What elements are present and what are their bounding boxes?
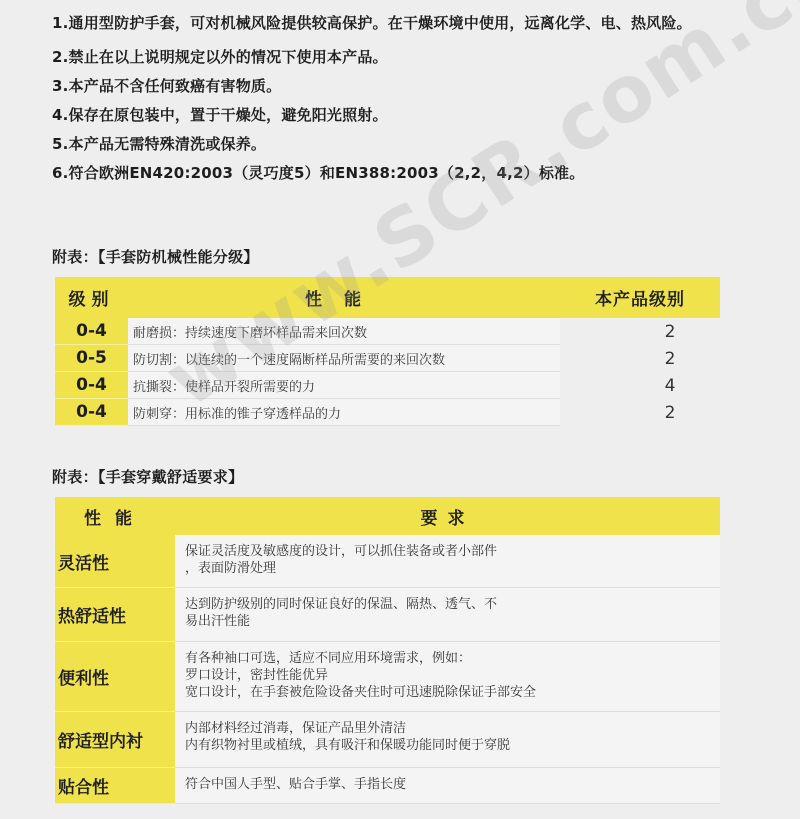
table-row: 舒适型内衬 内部材料经过消毒，保证产品里外清洁 内有织物衬里或植绒，具有吸汗和保… [55,712,720,768]
note-3: 3.本产品不含任何致癌有害物质。 [52,75,772,97]
requirement-line: 符合中国人手型、贴合手掌、手指长度 [185,776,720,793]
table-row: 便利性 有各种袖口可选，适应不同应用环境需求，例如： 罗口设计，密封性能优异 宽… [55,642,720,712]
property-name: 贴合性 [55,768,175,804]
level-range: 0-4 [55,399,128,426]
level-range: 0-4 [55,318,128,345]
table1-header-performance: 性能 [128,285,560,310]
performance-desc: 防刺穿：用标准的锥子穿透样品的力 [128,399,560,426]
comfort-requirements-table: 性能 要求 灵活性 保证灵活度及敏感度的设计，可以抓住装备或者小部件 ，表面防滑… [55,497,720,804]
table-row: 灵活性 保证灵活度及敏感度的设计，可以抓住装备或者小部件 ，表面防滑处理 [55,535,720,588]
table2-header-property: 性能 [55,504,175,529]
requirement-line: 宽口设计，在手套被危险设备夹住时可迅速脱除保证手部安全 [185,684,720,701]
property-name: 热舒适性 [55,588,175,642]
requirement-line: 内有织物衬里或植绒，具有吸汗和保暖功能同时便于穿脱 [185,737,720,754]
table2-caption: 附表：【手套穿戴舒适要求】 [52,466,243,487]
product-level: 2 [560,349,720,369]
note-6: 6.符合欧洲EN420:2003（灵巧度5）和EN388:2003（2,2，4,… [52,162,772,184]
table-row: 贴合性 符合中国人手型、贴合手掌、手指长度 [55,768,720,804]
note-5: 5.本产品无需特殊清洗或保养。 [52,133,772,155]
note-4: 4.保存在原包装中，置于干燥处，避免阳光照射。 [52,104,772,126]
property-name: 灵活性 [55,535,175,588]
requirement-text: 有各种袖口可选，适应不同应用环境需求，例如： 罗口设计，密封性能优异 宽口设计，… [175,642,720,712]
mechanical-performance-table: 级别 性能 本产品级别 0-4 耐磨损：持续速度下磨坏样品需来回次数 2 0-5… [55,277,720,426]
table1-header-product-level: 本产品级别 [560,285,720,310]
table1-caption: 附表：【手套防机械性能分级】 [52,246,259,267]
product-level: 4 [560,376,720,396]
property-name: 便利性 [55,642,175,712]
note-1: 1.通用型防护手套，可对机械风险提供较高保护。在干燥环境中使用，远离化学、电、热… [52,8,772,39]
requirement-text: 内部材料经过消毒，保证产品里外清洁 内有织物衬里或植绒，具有吸汗和保暖功能同时便… [175,712,720,768]
usage-notes: 1.通用型防护手套，可对机械风险提供较高保护。在干燥环境中使用，远离化学、电、热… [52,8,772,184]
performance-desc: 防切割：以连续的一个速度隔断样品所需要的来回次数 [128,345,560,372]
table2-header-row: 性能 要求 [55,497,720,535]
table1-header-level: 级别 [55,285,128,310]
table1-header-row: 级别 性能 本产品级别 [55,277,720,318]
requirement-line: 罗口设计，密封性能优异 [185,667,720,684]
property-name: 舒适型内衬 [55,712,175,768]
note-2: 2.禁止在以上说明规定以外的情况下使用本产品。 [52,46,772,68]
requirement-text: 符合中国人手型、贴合手掌、手指长度 [175,768,720,804]
performance-desc: 耐磨损：持续速度下磨坏样品需来回次数 [128,318,560,345]
requirement-line: ，表面防滑处理 [185,560,720,577]
requirement-line: 达到防护级别的同时保证良好的保温、隔热、透气、不 [185,596,720,613]
table-row: 热舒适性 达到防护级别的同时保证良好的保温、隔热、透气、不 易出汗性能 [55,588,720,642]
level-range: 0-5 [55,345,128,372]
product-level: 2 [560,322,720,342]
performance-desc: 抗撕裂：使样品开裂所需要的力 [128,372,560,399]
table-row: 0-5 防切割：以连续的一个速度隔断样品所需要的来回次数 2 [55,345,720,372]
requirement-line: 内部材料经过消毒，保证产品里外清洁 [185,720,720,737]
requirement-text: 保证灵活度及敏感度的设计，可以抓住装备或者小部件 ，表面防滑处理 [175,535,720,588]
requirement-line: 保证灵活度及敏感度的设计，可以抓住装备或者小部件 [185,543,720,560]
table2-header-requirement: 要求 [175,504,720,529]
requirement-line: 有各种袖口可选，适应不同应用环境需求，例如： [185,650,720,667]
table-row: 0-4 耐磨损：持续速度下磨坏样品需来回次数 2 [55,318,720,345]
requirement-line: 易出汗性能 [185,613,720,630]
requirement-text: 达到防护级别的同时保证良好的保温、隔热、透气、不 易出汗性能 [175,588,720,642]
table-row: 0-4 防刺穿：用标准的锥子穿透样品的力 2 [55,399,720,426]
level-range: 0-4 [55,372,128,399]
table-row: 0-4 抗撕裂：使样品开裂所需要的力 4 [55,372,720,399]
product-level: 2 [560,403,720,423]
